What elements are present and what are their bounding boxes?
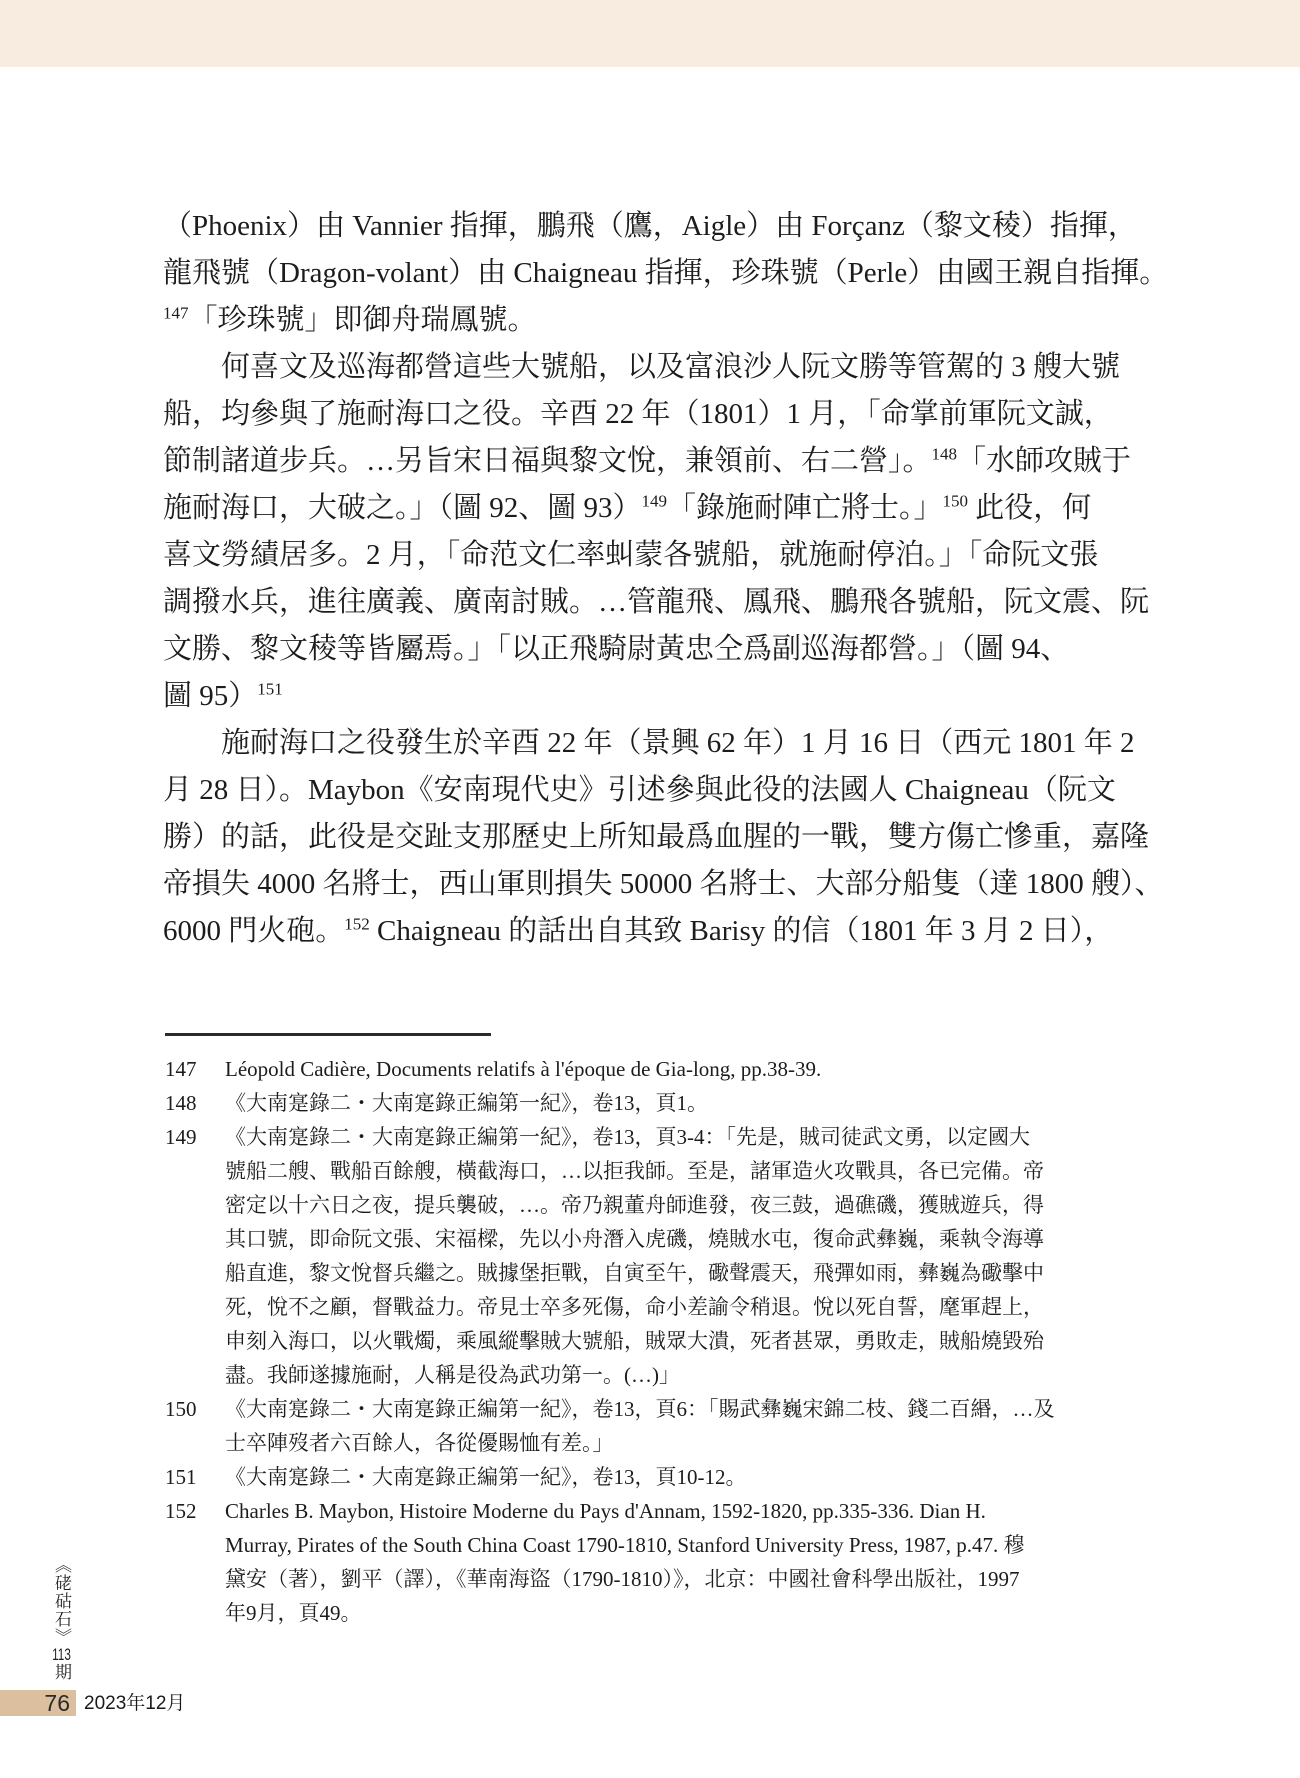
- footnote-ref: 151: [257, 679, 283, 698]
- footnote-line: 年9月，頁49。: [165, 1596, 1165, 1630]
- footnote-number: 150: [165, 1392, 225, 1426]
- journal-title-vertical: 《硓𥑮石》113期: [49, 1556, 73, 1686]
- body-line: 船，均參與了施耐海口之役。辛酉 22 年（1801）1 月，「命掌前軍阮文誠，: [163, 391, 1153, 438]
- footnote-number: 152: [165, 1494, 225, 1528]
- footnote-line: 死，悅不之顧，督戰益力。帝見士卒多死傷，命小差諭令稍退。悅以死自誓，麾軍趕上，: [165, 1290, 1165, 1324]
- body-line: 6000 門火砲。152 Chaigneau 的話出自其致 Barisy 的信（…: [163, 908, 1153, 955]
- footnote-text: 盡。我師遂據施耐，人稱是役為武功第一。(…)」: [225, 1363, 680, 1387]
- footnote-ref: 149: [642, 491, 668, 510]
- footnote-ref: 150: [943, 491, 969, 510]
- top-margin-band: [0, 0, 1300, 67]
- body-line: 施耐海口之役發生於辛酉 22 年（景興 62 年）1 月 16 日（西元 180…: [163, 720, 1153, 767]
- body-line: 月 28 日）。Maybon《安南現代史》引述參與此役的法國人 Chaignea…: [163, 767, 1153, 814]
- issue-date: 2023年12月: [84, 1692, 185, 1716]
- footnote-line: 申刻入海口，以火戰燭，乘風縱擊賊大號船，賊眾大潰，死者甚眾，勇敗走，賊船燒毀殆: [165, 1324, 1165, 1358]
- footnote-ref: 152: [344, 914, 370, 933]
- footnote-number: 149: [165, 1120, 225, 1154]
- footnote-ref: 147: [163, 303, 189, 322]
- body-line: 文勝、黎文稜等皆屬焉。」「以正飛騎尉黃忠仝爲副巡海都營。」（圖 94、: [163, 626, 1153, 673]
- body-line: 帝損失 4000 名將士，西山軍則損失 50000 名將士、大部分船隻（達 18…: [163, 861, 1153, 908]
- journal-name: 《硓𥑮石》: [52, 1556, 71, 1646]
- footnote-line: 147Léopold Cadière, Documents relatifs à…: [165, 1052, 1165, 1086]
- footnote-line: 船直進，黎文悅督兵繼之。賊據堡拒戰，自寅至午，礮聲震天，飛彈如雨，彝巍為礮擊中: [165, 1256, 1165, 1290]
- footnote-text: 船直進，黎文悅督兵繼之。賊據堡拒戰，自寅至午，礮聲震天，飛彈如雨，彝巍為礮擊中: [225, 1261, 1044, 1285]
- footnote-line: 148《大南寔錄二・大南寔錄正編第一紀》，卷13，頁1。: [165, 1086, 1165, 1120]
- page-number-badge: 76: [0, 1690, 76, 1716]
- footnote-text: Léopold Cadière, Documents relatifs à l'…: [225, 1057, 821, 1081]
- body-line: 節制諸道步兵。…另旨宋日福與黎文悅，兼領前、右二營」。148「水師攻賊于: [163, 438, 1153, 485]
- footnote-line: 其口號，即命阮文張、宋福樑，先以小舟潛入虎磯，燒賊水屯，復命武彝巍，乘執令海導: [165, 1222, 1165, 1256]
- footnote-line: Murray, Pirates of the South China Coast…: [165, 1528, 1165, 1562]
- footnote-separator: [165, 1033, 491, 1036]
- footnote-text: 黛安（著），劉平（譯），《華南海盜（1790-1810）》，北京：中國社會科學出…: [225, 1567, 1020, 1591]
- footnote-line: 149《大南寔錄二・大南寔錄正編第一紀》，卷13，頁3-4：「先是，賊司徒武文勇…: [165, 1120, 1165, 1154]
- footnote-line: 士卒陣歿者六百餘人，各從優賜恤有差。」: [165, 1426, 1165, 1460]
- footnote-line: 150《大南寔錄二・大南寔錄正編第一紀》，卷13，頁6：「賜武彝巍宋錦二枝、錢二…: [165, 1392, 1165, 1426]
- footnote-text: 號船二艘、戰船百餘艘，橫截海口，…以拒我師。至是，諸軍造火攻戰具，各已完備。帝: [225, 1159, 1044, 1183]
- footnote-text: 年9月，頁49。: [225, 1601, 362, 1625]
- journal-issue-suffix: 期: [52, 1663, 71, 1681]
- journal-issue-number: 113: [52, 1646, 71, 1663]
- footnote-line: 號船二艘、戰船百餘艘，橫截海口，…以拒我師。至是，諸軍造火攻戰具，各已完備。帝: [165, 1154, 1165, 1188]
- body-line: 施耐海口，大破之。」（圖 92、圖 93）149「錄施耐陣亡將士。」150 此役…: [163, 485, 1153, 532]
- footnote-text: 《大南寔錄二・大南寔錄正編第一紀》，卷13，頁10-12。: [225, 1465, 747, 1489]
- footnote-number: 151: [165, 1460, 225, 1494]
- footnote-line: 密定以十六日之夜，提兵襲破，…。帝乃親董舟師進發，夜三鼓，過礁磯，獲賊遊兵，得: [165, 1188, 1165, 1222]
- footnote-text: 《大南寔錄二・大南寔錄正編第一紀》，卷13，頁6：「賜武彝巍宋錦二枝、錢二百緡，…: [225, 1397, 1055, 1421]
- body-line: 147「珍珠號」即御舟瑞鳳號。: [163, 297, 1153, 344]
- footnote-line: 盡。我師遂據施耐，人稱是役為武功第一。(…)」: [165, 1358, 1165, 1392]
- footnote-ref: 148: [932, 444, 958, 463]
- footnote-text: Charles B. Maybon, Histoire Moderne du P…: [225, 1499, 986, 1523]
- footnote-text: 密定以十六日之夜，提兵襲破，…。帝乃親董舟師進發，夜三鼓，過礁磯，獲賊遊兵，得: [225, 1193, 1044, 1217]
- footnote-text: Murray, Pirates of the South China Coast…: [225, 1533, 1025, 1557]
- footnote-text: 士卒陣歿者六百餘人，各從優賜恤有差。」: [225, 1431, 614, 1455]
- footnotes: 147Léopold Cadière, Documents relatifs à…: [165, 1052, 1165, 1630]
- page-number: 76: [44, 1690, 70, 1717]
- footnote-line: 黛安（著），劉平（譯），《華南海盜（1790-1810）》，北京：中國社會科學出…: [165, 1562, 1165, 1596]
- body-line: 勝）的話，此役是交趾支那歷史上所知最爲血腥的一戰，雙方傷亡慘重，嘉隆: [163, 814, 1153, 861]
- body-text: （Phoenix）由 Vannier 指揮，鵬飛（鷹，Aigle）由 Força…: [163, 203, 1153, 955]
- footnote-line: 151《大南寔錄二・大南寔錄正編第一紀》，卷13，頁10-12。: [165, 1460, 1165, 1494]
- body-line: 龍飛號（Dragon-volant）由 Chaigneau 指揮，珍珠號（Per…: [163, 250, 1153, 297]
- footnote-text: 申刻入海口，以火戰燭，乘風縱擊賊大號船，賊眾大潰，死者甚眾，勇敗走，賊船燒毀殆: [225, 1329, 1044, 1353]
- footnote-text: 《大南寔錄二・大南寔錄正編第一紀》，卷13，頁1。: [225, 1091, 708, 1115]
- body-line: （Phoenix）由 Vannier 指揮，鵬飛（鷹，Aigle）由 Força…: [163, 203, 1153, 250]
- body-line: 圖 95）151: [163, 673, 1153, 720]
- body-line: 調撥水兵，進往廣義、廣南討賊。…管龍飛、鳳飛、鵬飛各號船，阮文震、阮: [163, 579, 1153, 626]
- footnote-text: 其口號，即命阮文張、宋福樑，先以小舟潛入虎磯，燒賊水屯，復命武彝巍，乘執令海導: [225, 1227, 1044, 1251]
- footnote-text: 《大南寔錄二・大南寔錄正編第一紀》，卷13，頁3-4：「先是，賊司徒武文勇，以定…: [225, 1125, 1030, 1149]
- document-page: （Phoenix）由 Vannier 指揮，鵬飛（鷹，Aigle）由 Força…: [0, 0, 1300, 1778]
- footnote-number: 147: [165, 1052, 225, 1086]
- body-line: 喜文勞績居多。2 月，「命范文仁率虯蒙各號船，就施耐停泊。」「命阮文張: [163, 532, 1153, 579]
- body-line: 何喜文及巡海都營這些大號船，以及富浪沙人阮文勝等管駕的 3 艘大號: [163, 344, 1153, 391]
- footnote-line: 152Charles B. Maybon, Histoire Moderne d…: [165, 1494, 1165, 1528]
- footnote-text: 死，悅不之顧，督戰益力。帝見士卒多死傷，命小差諭令稍退。悅以死自誓，麾軍趕上，: [225, 1295, 1044, 1319]
- footnote-number: 148: [165, 1086, 225, 1120]
